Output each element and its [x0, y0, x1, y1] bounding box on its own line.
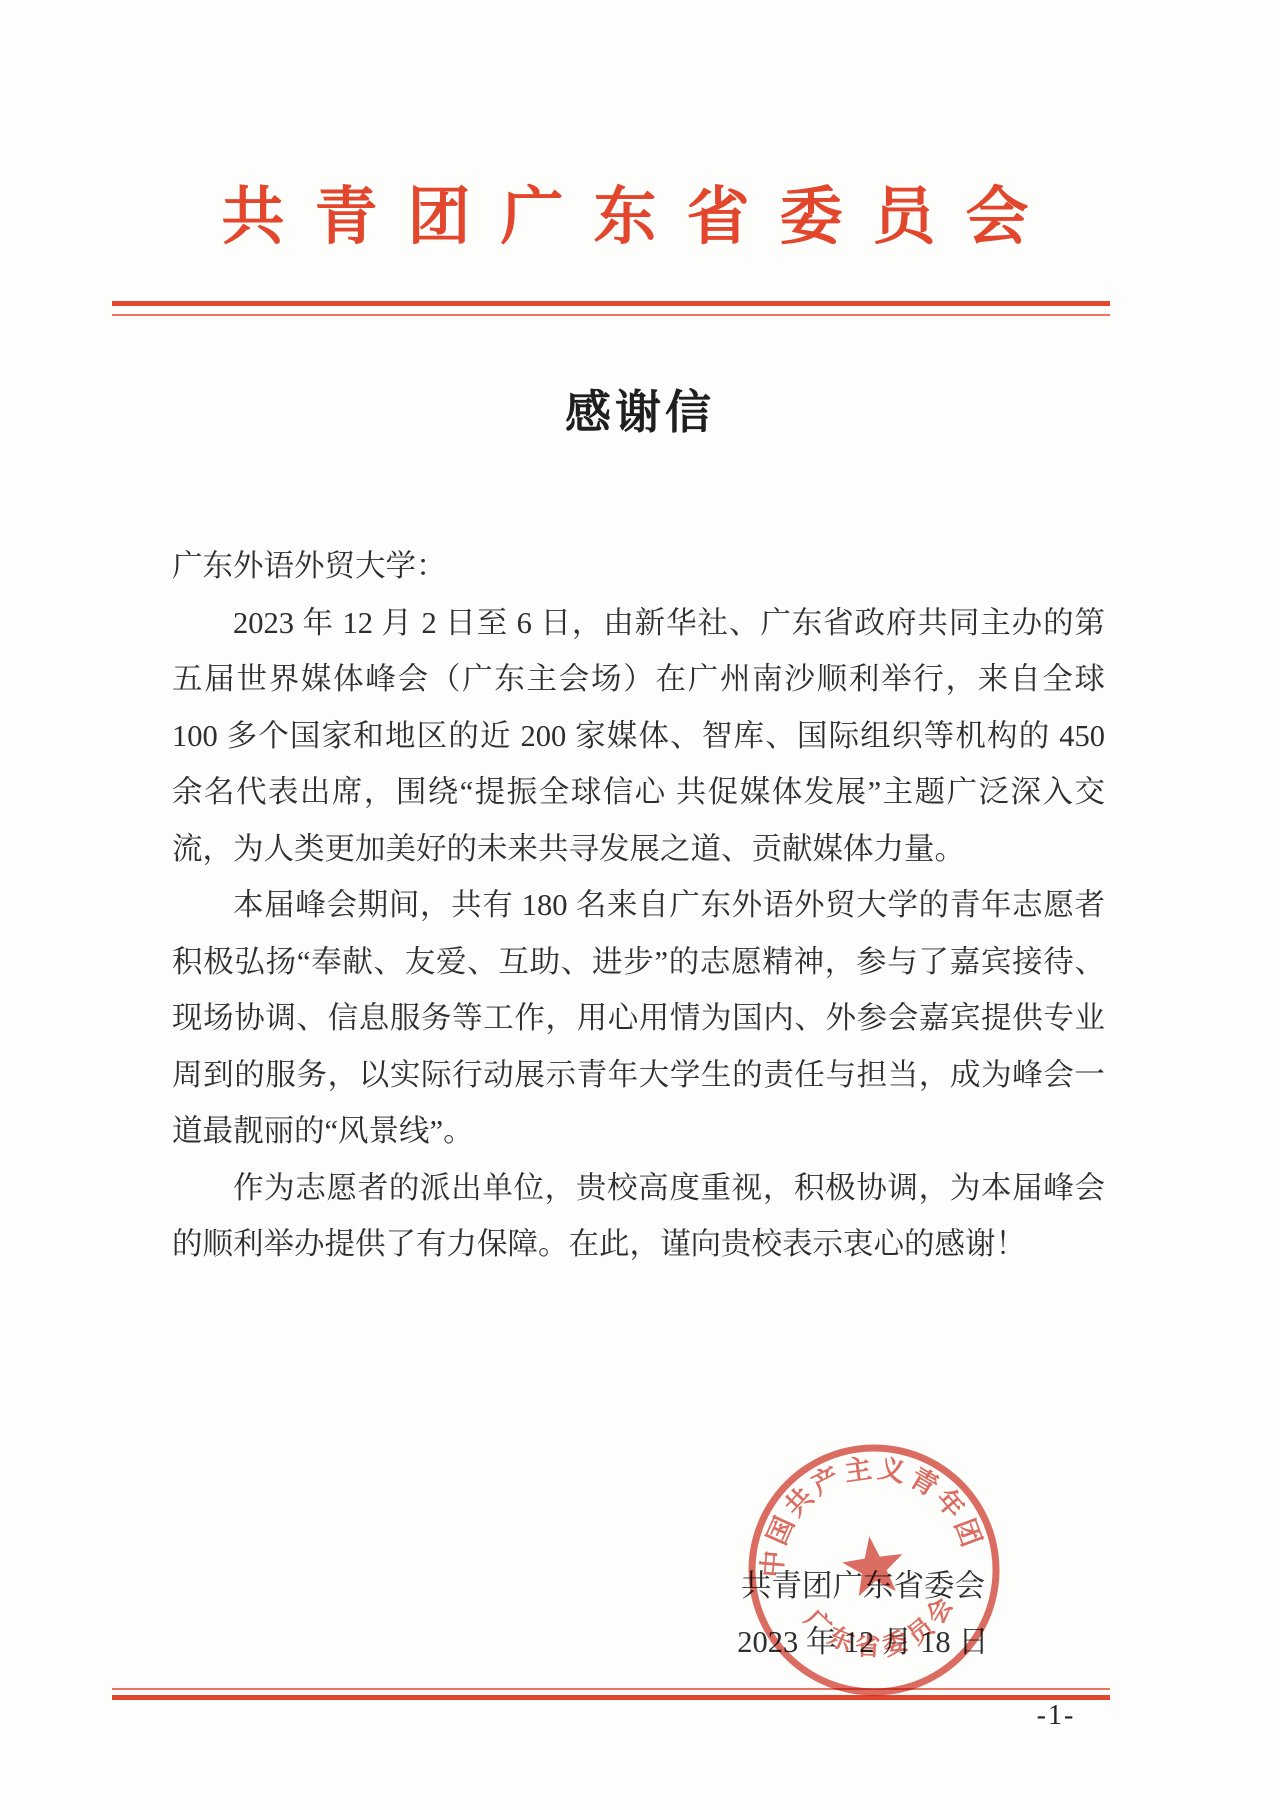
signature-org: 共青团广东省委会: [737, 1558, 989, 1614]
letter-page: 共青团广东省委员会 感谢信 广东外语外贸大学： 2023 年 12 月 2 日至…: [0, 0, 1280, 1810]
page-number: -1-: [1018, 1700, 1094, 1732]
footer-rule-thin: [112, 1688, 1110, 1690]
body-paragraph: 本届峰会期间，共有 180 名来自广东外语外贸大学的青年志愿者积极弘扬“奉献、友…: [172, 877, 1105, 1160]
signature-block: 共青团广东省委会 2023 年 12 月 18 日: [737, 1558, 989, 1670]
letterhead-rule-thin: [112, 314, 1110, 316]
body-paragraph: 作为志愿者的派出单位，贵校高度重视，积极协调，为本届峰会的顺利举办提供了有力保障…: [172, 1160, 1105, 1273]
document-title: 感谢信: [0, 376, 1280, 442]
letterhead-rule-thick: [112, 301, 1110, 306]
letterhead-org-name: 共青团广东省委员会: [0, 166, 1280, 257]
body-paragraph: 2023 年 12 月 2 日至 6 日，由新华社、广东省政府共同主办的第五届世…: [172, 595, 1105, 878]
signature-date: 2023 年 12 月 18 日: [737, 1614, 989, 1670]
footer-rule-thick: [112, 1695, 1110, 1700]
letter-body: 广东外语外贸大学： 2023 年 12 月 2 日至 6 日，由新华社、广东省政…: [172, 538, 1105, 1273]
salutation: 广东外语外贸大学：: [172, 538, 1105, 595]
